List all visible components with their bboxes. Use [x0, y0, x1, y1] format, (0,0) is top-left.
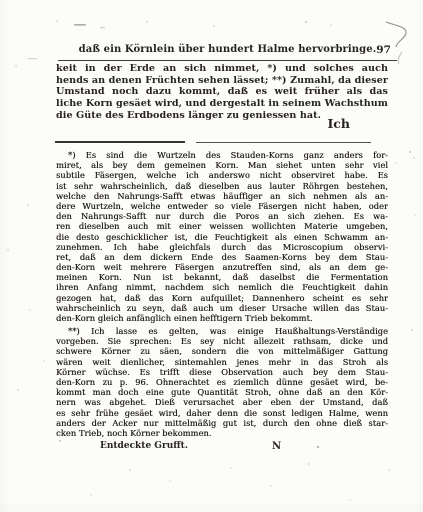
footnote-line: den-Korn gleich anfänglich einen hefftig…: [56, 313, 388, 323]
footnote-line: ren dieselben auch mit einer weissen wol…: [56, 221, 388, 231]
footnote-line: wären weit dienlicher, sintemahlen jenes…: [56, 357, 388, 367]
footnote-line: miret, als bey dem gemeinen Korn. Man si…: [56, 160, 388, 170]
footnote-line: Körner wüchse. Es trifft diese Observati…: [56, 367, 388, 377]
footnote-line: den-Korn zu p. 96. Ohnerachtet es ziemli…: [56, 377, 388, 387]
running-head: daß ein Körnlein über hundert Halme herv…: [58, 44, 397, 58]
footnote-line: ret, daß an dem dickern Ende des Saamen-…: [56, 252, 388, 262]
page-number: 97: [376, 44, 391, 56]
footnote-line: subtile Fäsergen, welche ich anderswo ni…: [56, 170, 388, 180]
footnote-line: es sehr frühe gesäet wird, daher denn di…: [56, 408, 388, 418]
header-rule: [58, 60, 397, 62]
catchword: Ich: [280, 116, 350, 131]
footnote-line: zunehmen. Ich habe gleichfals durch das …: [56, 242, 388, 252]
footnote-line: vorgeben. Sie sprechen: Es sey nicht all…: [56, 336, 388, 346]
text-line: keit in der Erde an sich nimmet, *) und …: [56, 63, 388, 75]
footnote-line: schwere Körner zu säen, sondern die von …: [56, 346, 388, 356]
footnote-line: nern was abgehet. Dieß verursachet aber …: [56, 397, 388, 407]
signature-line: Entdeckte Grufft. N: [0, 441, 423, 453]
scanned-book-page: daß ein Körnlein über hundert Halme herv…: [0, 0, 423, 512]
footnote-line: gezogen hat, daß das Korn aufquillet; Da…: [56, 293, 388, 303]
footnote-line: cken Trieb, noch Körner bekommen.: [56, 428, 388, 438]
footnote-line: dere Wurtzeln, welche entweder so viele …: [56, 201, 388, 211]
footnote-1: *) Es sind die Wurtzeln des Stauden-Korn…: [56, 150, 388, 323]
text-line: hends an denen Früchten sehen lässet; **…: [56, 75, 388, 87]
footnote-line: anders der Acker nur mittelmäßig gut ist…: [56, 418, 388, 428]
footnote-line: **) Ich lasse es gelten, was einige Hauß…: [56, 326, 388, 336]
footnote-line: *) Es sind die Wurtzeln des Stauden-Korn…: [56, 150, 388, 160]
footnote-line: welche den Nahrungs-Safft etwas häuffige…: [56, 191, 388, 201]
text-line: liche Korn gesäet wird, und dergestalt i…: [56, 98, 388, 110]
text-line: Umstand noch dazu kommt, daß es weit frü…: [56, 86, 388, 98]
signature-mark: N: [272, 441, 281, 452]
footnote-2: **) Ich lasse es gelten, was einige Hauß…: [56, 326, 388, 438]
footnote-line: den-Korn weit mehrere Fäsergen anzutreff…: [56, 262, 388, 272]
footnote-line: die desto geschicklicher ist, die Feucht…: [56, 232, 388, 242]
footnote-divider-left: [55, 141, 185, 143]
footnote-line: den Nahrungs-Safft nur durch die Poros a…: [56, 211, 388, 221]
running-title: daß ein Körnlein über hundert Halme herv…: [79, 44, 377, 55]
footnote-line: kommt man doch eine gute Quantität Stroh…: [56, 387, 388, 397]
footnote-divider-right: [196, 142, 371, 143]
footnote-line: wahrscheinlich zu seyn, daß auch um dies…: [56, 303, 388, 313]
main-text-block: keit in der Erde an sich nimmet, *) und …: [56, 63, 388, 121]
footnote-line: meinen Korn. Nun ist bekannt, daß daselb…: [56, 272, 388, 282]
footnote-line: ist sehr wahrscheinlich, daß dieselben a…: [56, 181, 388, 191]
signature-title: Entdeckte Grufft.: [100, 441, 188, 451]
footnote-line: ihren Anfang nimmt, nachdem sich nemlich…: [56, 282, 388, 292]
